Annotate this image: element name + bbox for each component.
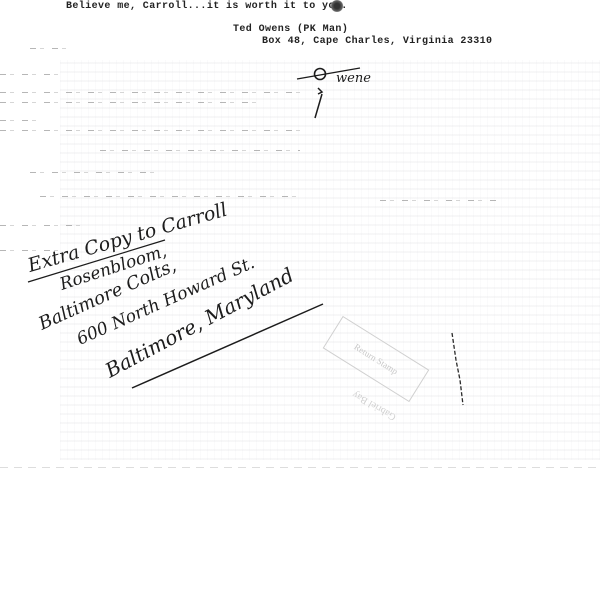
handwritten-note: Extra Copy to Carroll Rosenbloom, Baltim… (24, 199, 323, 388)
margin-pen-stroke (452, 333, 463, 405)
scan-edge-line (0, 467, 600, 468)
signature-text: wene (336, 71, 371, 86)
handwriting-layer: wene Extra Copy to Carroll Rosenbloom, B… (0, 0, 600, 600)
handwritten-signature: wene (297, 68, 371, 118)
scanned-letter-page: Believe me, Carroll...it is worth it to … (0, 0, 600, 600)
